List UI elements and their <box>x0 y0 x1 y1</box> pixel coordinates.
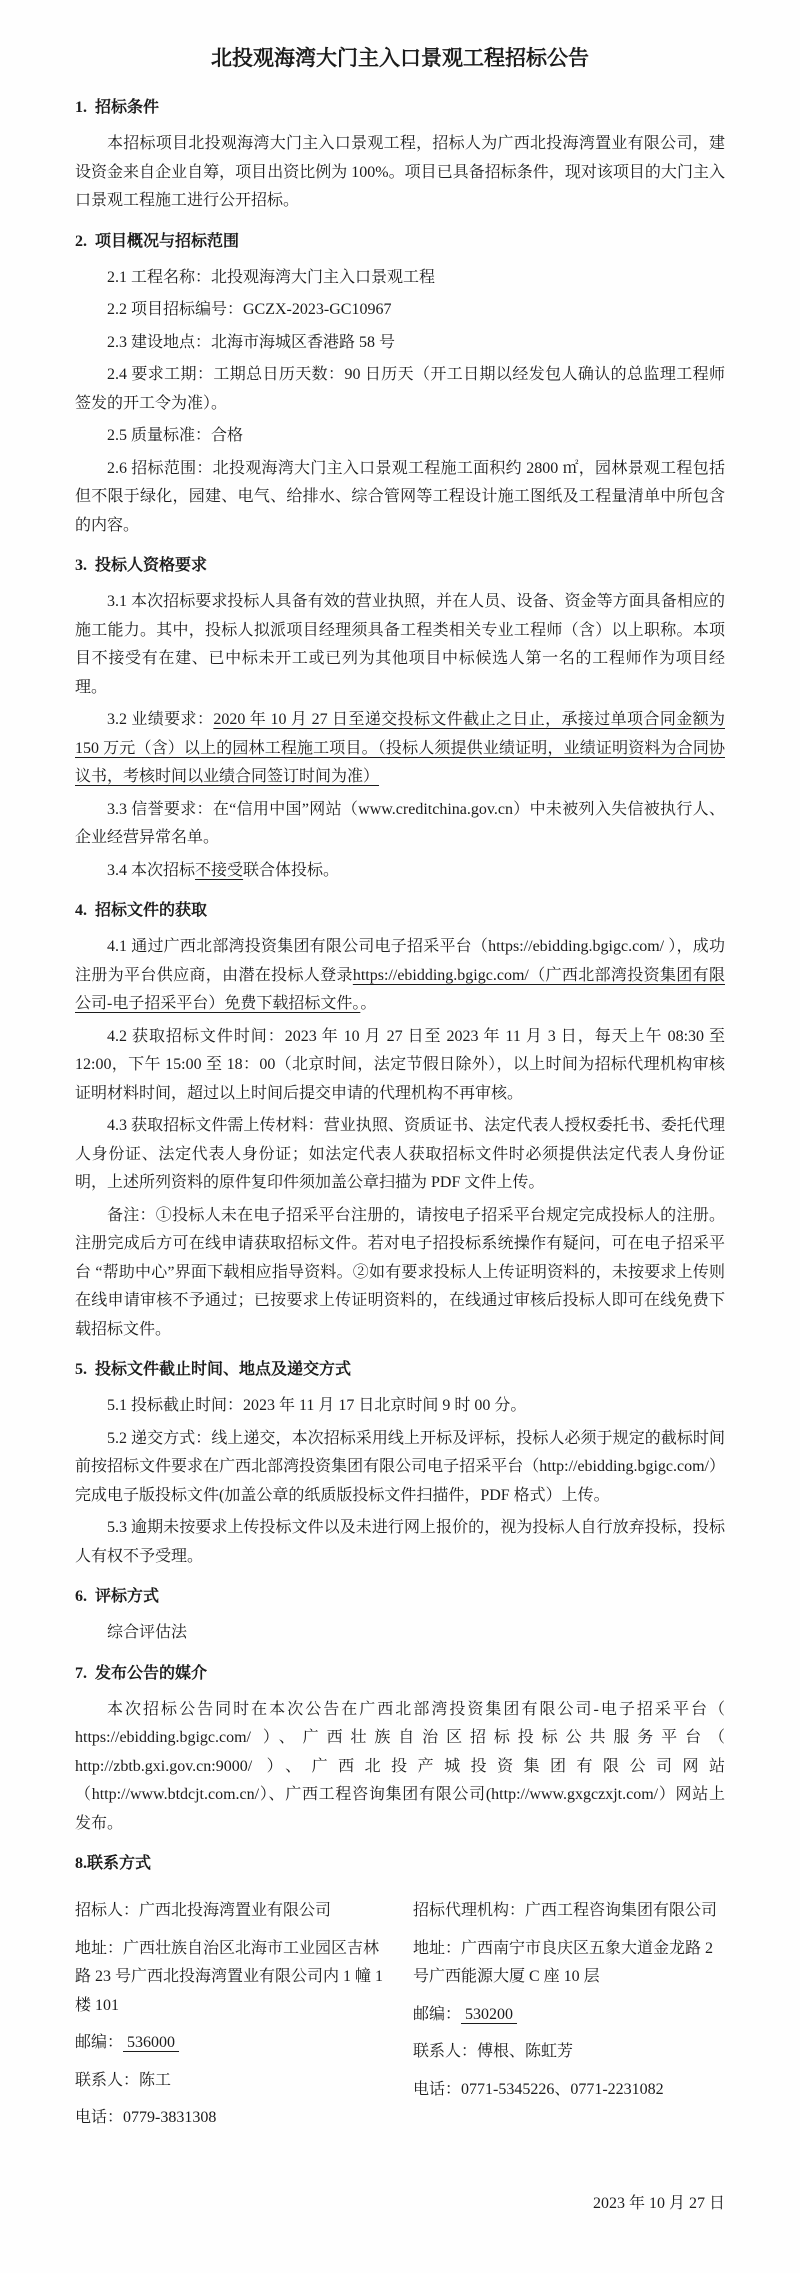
tenderer-contact-person: 联系人：陈工 <box>75 2067 387 2096</box>
item-3-4-underlined-text: 不接受 <box>195 862 243 879</box>
agency-name: 招标代理机构：广西工程咨询集团有限公司 <box>413 1897 725 1926</box>
item-4-2: 4.2 获取招标文件时间：2023 年 10 月 27 日至 2023 年 11… <box>75 1023 725 1109</box>
section-7-heading: 7. 发布公告的媒介 <box>75 1660 725 1688</box>
tender-announcement-page: 北投观海湾大门主入口景观工程招标公告 1. 招标条件 本招标项目北投观海湾大门主… <box>0 0 800 2273</box>
section-1-heading: 1. 招标条件 <box>75 94 725 122</box>
agency-contact-person: 联系人：傅根、陈虹芳 <box>413 2038 725 2067</box>
contact-agency-column: 招标代理机构：广西工程咨询集团有限公司 地址：广西南宁市良庆区五象大道金龙路 2… <box>413 1888 725 2142</box>
item-2-1: 2.1 工程名称：北投观海湾大门主入口景观工程 <box>75 264 725 293</box>
item-3-2-label: 3.2 业绩要求： <box>107 711 213 728</box>
item-5-1: 5.1 投标截止时间：2023 年 11 月 17 日北京时间 9 时 00 分… <box>75 1392 725 1421</box>
item-4-1-suffix: 。 <box>360 995 376 1012</box>
item-5-3: 5.3 逾期未按要求上传投标文件以及未进行网上报价的，视为投标人自行放弃投标，投… <box>75 1514 725 1571</box>
item-3-4-suffix: 联合体投标。 <box>243 862 339 879</box>
item-4-1: 4.1 通过广西北部湾投资集团有限公司电子招采平台（https://ebiddi… <box>75 933 725 1019</box>
contact-tenderer-column: 招标人：广西北投海湾置业有限公司 地址：广西壮族自治区北海市工业园区吉林路 23… <box>75 1888 387 2142</box>
item-5-2: 5.2 递交方式：线上递交，本次招标采用线上开标及评标，投标人必须于规定的截标时… <box>75 1425 725 1511</box>
tenderer-name: 招标人：广西北投海湾置业有限公司 <box>75 1897 387 1926</box>
section-2-heading: 2. 项目概况与招标范围 <box>75 228 725 256</box>
tenderer-postcode-row: 邮编： 536000 <box>75 2029 387 2058</box>
item-3-1: 3.1 本次招标要求投标人具备有效的营业执照，并在人员、设备、资金等方面具备相应… <box>75 588 725 702</box>
item-3-2: 3.2 业绩要求：2020 年 10 月 27 日至递交投标文件截止之日止，承接… <box>75 706 725 792</box>
item-3-4-prefix: 3.4 本次招标 <box>107 862 195 879</box>
section-8-heading: 8.联系方式 <box>75 1850 725 1878</box>
section-1-paragraph: 本招标项目北投观海湾大门主入口景观工程，招标人为广西北投海湾置业有限公司，建设资… <box>75 130 725 216</box>
tenderer-address: 地址：广西壮族自治区北海市工业园区吉林路 23 号广西北投海湾置业有限公司内 1… <box>75 1935 387 2021</box>
agency-postcode-value: 530200 <box>461 2006 517 2023</box>
item-2-4: 2.4 要求工期：工期总日历天数：90 日历天（开工日期以经发包人确认的总监理工… <box>75 361 725 418</box>
section-6-heading: 6. 评标方式 <box>75 1583 725 1611</box>
agency-address: 地址：广西南宁市良庆区五象大道金龙路 2 号广西能源大厦 C 座 10 层 <box>413 1935 725 1992</box>
item-3-4: 3.4 本次招标不接受联合体投标。 <box>75 857 725 886</box>
section-5-heading: 5. 投标文件截止时间、地点及递交方式 <box>75 1356 725 1384</box>
section-6-paragraph: 综合评估法 <box>75 1619 725 1648</box>
section-7-paragraph: 本次招标公告同时在本次公告在广西北部湾投资集团有限公司-电子招采平台（ http… <box>75 1696 725 1839</box>
contact-block: 招标人：广西北投海湾置业有限公司 地址：广西壮族自治区北海市工业园区吉林路 23… <box>75 1888 725 2142</box>
tenderer-postcode-label: 邮编： <box>75 2034 123 2051</box>
section-4-note: 备注：①投标人未在电子招采平台注册的，请按电子招采平台规定完成投标人的注册。注册… <box>75 1202 725 1345</box>
item-2-2: 2.2 项目招标编号：GCZX-2023-GC10967 <box>75 296 725 325</box>
item-2-5: 2.5 质量标准：合格 <box>75 422 725 451</box>
agency-postcode-row: 邮编： 530200 <box>413 2001 725 2030</box>
agency-phone: 电话：0771-5345226、0771-2231082 <box>413 2076 725 2105</box>
section-4-heading: 4. 招标文件的获取 <box>75 897 725 925</box>
item-3-3: 3.3 信誉要求：在“信用中国”网站（www.creditchina.gov.c… <box>75 796 725 853</box>
item-2-6: 2.6 招标范围：北投观海湾大门主入口景观工程施工面积约 2800 ㎡，园林景观… <box>75 455 725 541</box>
tenderer-postcode-value: 536000 <box>123 2034 179 2051</box>
document-date: 2023 年 10 月 27 日 <box>75 2190 725 2218</box>
item-4-3: 4.3 获取招标文件需上传材料：营业执照、资质证书、法定代表人授权委托书、委托代… <box>75 1112 725 1198</box>
section-3-heading: 3. 投标人资格要求 <box>75 552 725 580</box>
agency-postcode-label: 邮编： <box>413 2006 461 2023</box>
item-2-3: 2.3 建设地点：北海市海城区香港路 58 号 <box>75 329 725 358</box>
page-title: 北投观海湾大门主入口景观工程招标公告 <box>75 42 725 74</box>
tenderer-phone: 电话：0779-3831308 <box>75 2104 387 2133</box>
